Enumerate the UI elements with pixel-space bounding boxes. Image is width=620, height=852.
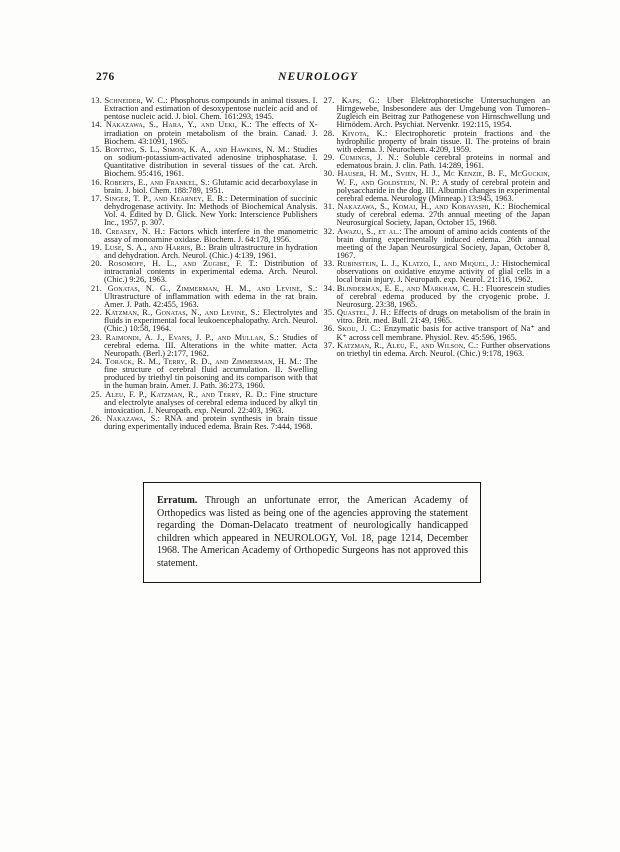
reference-number: 32. xyxy=(324,227,335,236)
reference-item: 25. Aleu, F. P., Katzman, R., and Terry,… xyxy=(91,391,318,415)
reference-number: 28. xyxy=(324,129,335,138)
reference-number: 36. xyxy=(324,324,335,333)
reference-item: 33. Rubinstein, L. J., Klatzo, I., and M… xyxy=(324,260,551,284)
reference-item: 20. Rosomoff, H. L., and Zugibe, F. T.: … xyxy=(91,260,318,284)
reference-item: 18. Creasey, N. H.: Factors which interf… xyxy=(91,228,318,244)
journal-page: 276 NEUROLOGY 13. Schneider, W. C.: Phos… xyxy=(0,0,620,852)
reference-item: 17. Singer, T. P., and Kearney, E. B.: D… xyxy=(91,195,318,228)
reference-number: 22. xyxy=(91,308,102,317)
reference-number: 20. xyxy=(91,259,102,268)
reference-item: 30. Hauser, H. M., Svien, H. J., Mc Kenz… xyxy=(324,170,551,203)
reference-number: 23. xyxy=(91,333,102,342)
reference-number: 33. xyxy=(324,259,335,268)
reference-number: 24. xyxy=(91,357,102,366)
reference-number: 25. xyxy=(91,390,102,399)
reference-item: 36. Skou, J. C.: Enzymatic basis for act… xyxy=(324,325,551,341)
erratum-paragraph: Erratum. Through an unfortunate error, t… xyxy=(157,495,468,570)
reference-item: 15. Bonting, S. L., Simon, K. A., and Ha… xyxy=(91,146,318,179)
reference-number: 30. xyxy=(324,169,335,178)
reference-item: 32. Awazu, S., et al.: The amount of ami… xyxy=(324,228,551,261)
reference-text: Ultrastructure of inflammation with edem… xyxy=(104,292,318,309)
erratum-body: Through an unfortunate error, the Americ… xyxy=(157,495,468,569)
reference-number: 29. xyxy=(324,153,335,162)
reference-number: 35. xyxy=(324,308,335,317)
reference-number: 18. xyxy=(91,227,102,236)
reference-number: 26. xyxy=(91,414,102,423)
reference-number: 27. xyxy=(324,97,335,105)
reference-number: 21. xyxy=(91,284,102,293)
reference-item: 27. Kaps, G.: Über Elektrophoretische Un… xyxy=(324,97,551,130)
reference-item: 21. Gonatas, N. G., Zimmerman, H. M., an… xyxy=(91,285,318,309)
reference-item: 22. Katzman, R., Gonatas, N., and Levine… xyxy=(91,309,318,333)
reference-item: 31. Nakazawa, S., Komai, H., and Kobayas… xyxy=(324,203,551,227)
reference-item: 35. Quastel, J. H.: Effects of drugs on … xyxy=(324,309,551,325)
reference-number: 14. xyxy=(91,120,102,129)
reference-number: 13. xyxy=(91,97,102,105)
reference-item: 26. Nakazawa, S.: RNA and protein synthe… xyxy=(91,415,318,431)
reference-item: 24. Torack, R. M., Terry, R. D., and Zim… xyxy=(91,358,318,391)
reference-number: 34. xyxy=(324,284,335,293)
erratum-label: Erratum. xyxy=(157,495,197,506)
reference-list: 13. Schneider, W. C.: Phosphorus compoun… xyxy=(91,97,550,436)
page-header: 276 NEUROLOGY xyxy=(91,71,550,86)
reference-number: 17. xyxy=(91,194,102,203)
reference-item: 34. Blinderman, E. E., and Markham, C. H… xyxy=(324,285,551,309)
reference-item: 37. Katzman, R., Aleu, F., and Wilson, C… xyxy=(324,342,551,358)
reference-number: 16. xyxy=(91,178,102,187)
reference-number: 19. xyxy=(91,243,102,252)
page-number: 276 xyxy=(96,71,115,83)
reference-item: 19. Luse, S. A., and Harris, B.: Brain u… xyxy=(91,244,318,260)
journal-title: NEUROLOGY xyxy=(278,71,358,83)
erratum-box: Erratum. Through an unfortunate error, t… xyxy=(143,482,481,583)
reference-item: 28. Kiyota, K.: Electrophoretic protein … xyxy=(324,130,551,154)
reference-item: 14. Nakazawa, S., Hara, Y., and Ueki, K.… xyxy=(91,121,318,145)
reference-item: 23. Raimondi, A. J., Evans, J. P., and M… xyxy=(91,334,318,358)
reference-number: 37. xyxy=(324,341,335,350)
reference-number: 15. xyxy=(91,145,102,154)
reference-item: 13. Schneider, W. C.: Phosphorus compoun… xyxy=(91,97,318,121)
reference-item: 16. Roberts, E., and Frankel, S.: Glutam… xyxy=(91,179,318,195)
reference-number: 31. xyxy=(324,202,335,211)
reference-item: 29. Cumings, J. N.: Soluble cerebral pro… xyxy=(324,154,551,170)
